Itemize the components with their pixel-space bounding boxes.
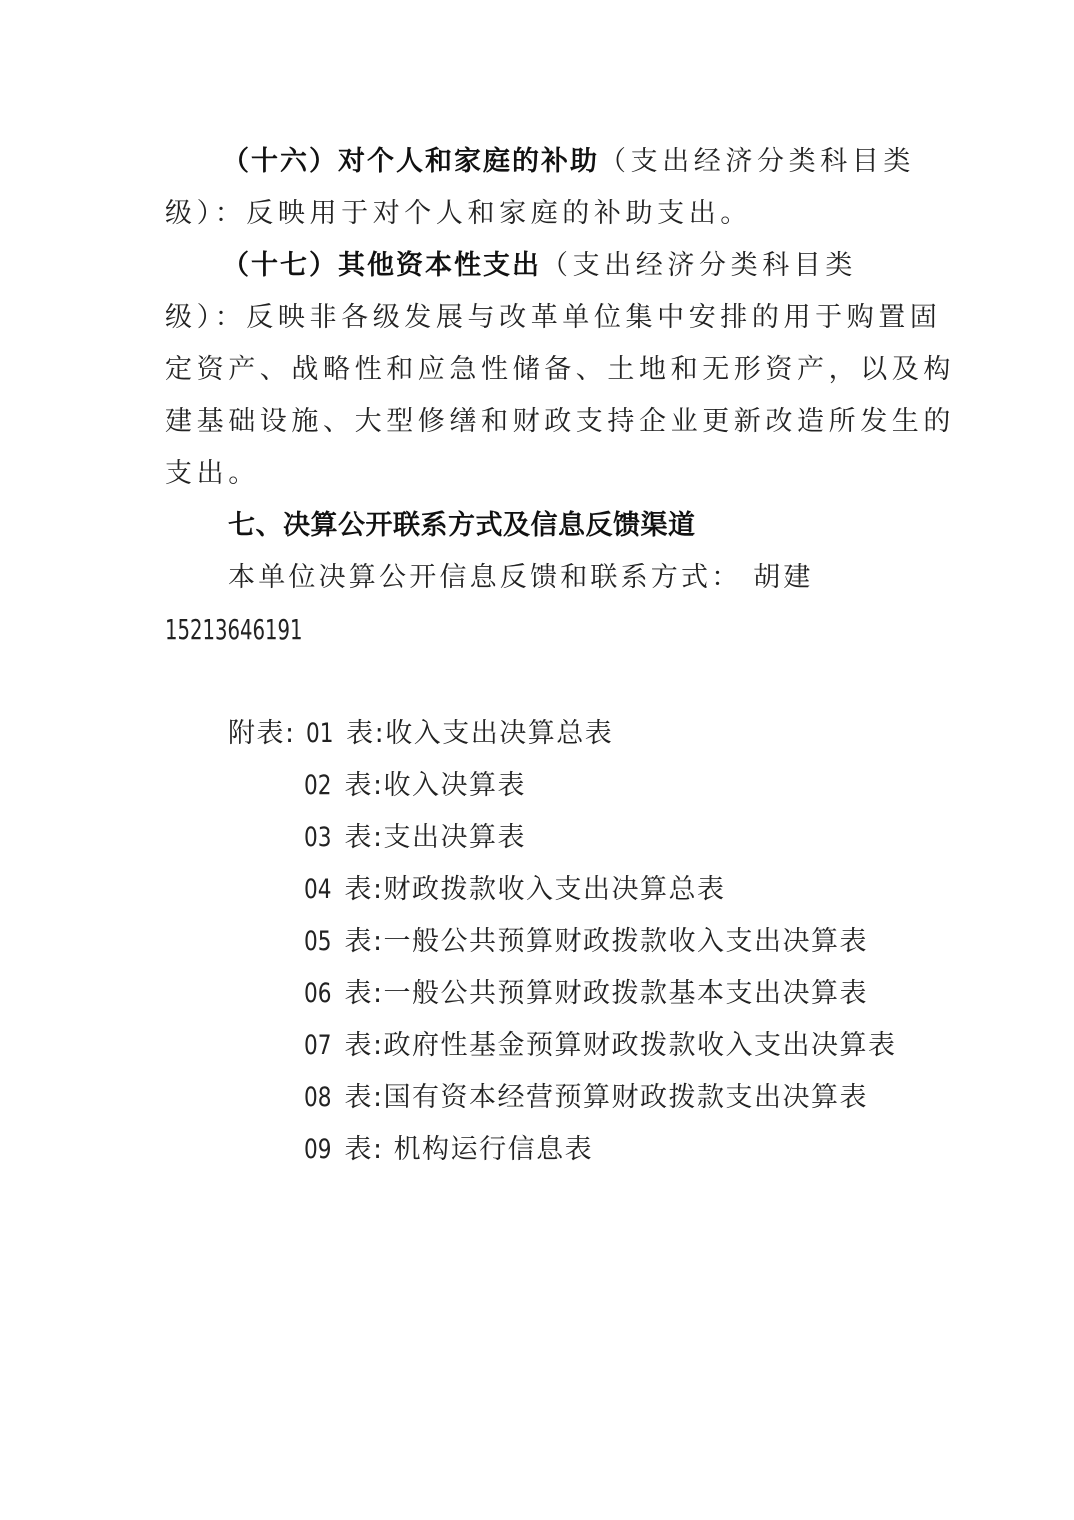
contact-line: 本单位决算公开信息反馈和联系方式： 胡建 bbox=[228, 558, 814, 598]
appendix-item-text: 表:收入决算表 bbox=[334, 770, 526, 801]
section-17-body-line: 定资产、战略性和应急性储备、土地和无形资产，以及构 bbox=[165, 350, 955, 390]
appendix-item-number: 09 bbox=[304, 1130, 331, 1170]
appendix-item-06: 06 表:一般公共预算财政拨款基本支出决算表 bbox=[304, 974, 868, 1014]
appendix-item-number: 03 bbox=[304, 818, 331, 858]
section-17-title-rest: （支出经济分类科目类 bbox=[541, 250, 857, 281]
appendix-item-text: 表:一般公共预算财政拨款收入支出决算表 bbox=[334, 926, 868, 957]
section-17-title: （十七）其他资本性支出（支出经济分类科目类 bbox=[222, 246, 857, 286]
appendix-item-text: 表:支出决算表 bbox=[334, 822, 526, 853]
section-7-heading: 七、决算公开联系方式及信息反馈渠道 bbox=[228, 506, 696, 546]
appendix-item-number: 06 bbox=[304, 974, 331, 1014]
appendix-item-03: 03 表:支出决算表 bbox=[304, 818, 526, 858]
section-16-title: （十六）对个人和家庭的补助（支出经济分类科目类 bbox=[222, 142, 915, 182]
document-page: （十六）对个人和家庭的补助（支出经济分类科目类 级）：反映用于对个人和家庭的补助… bbox=[0, 0, 1074, 1520]
appendix-item-text: 表:国有资本经营预算财政拨款支出决算表 bbox=[334, 1082, 868, 1113]
appendix-item-number: 08 bbox=[304, 1078, 331, 1118]
section-16-title-rest: （支出经济分类科目类 bbox=[599, 146, 915, 177]
appendix-item-number: 01 bbox=[306, 714, 333, 754]
section-16-body-line: 级）：反映用于对个人和家庭的补助支出。 bbox=[165, 194, 752, 234]
contact-phone: 15213646191 bbox=[165, 610, 302, 650]
appendix-item-02: 02 表:收入决算表 bbox=[304, 766, 526, 806]
appendix-item-text: 表:政府性基金预算财政拨款收入支出决算表 bbox=[334, 1030, 896, 1061]
appendix-item-05: 05 表:一般公共预算财政拨款收入支出决算表 bbox=[304, 922, 868, 962]
appendix-item-number: 04 bbox=[304, 870, 331, 910]
appendix-item-08: 08 表:国有资本经营预算财政拨款支出决算表 bbox=[304, 1078, 868, 1118]
appendix-item-number: 05 bbox=[304, 922, 331, 962]
appendix-item-text: 表:财政拨款收入支出决算总表 bbox=[334, 874, 725, 905]
appendix-label: 附表: bbox=[228, 718, 296, 749]
appendix-item-01: 附表: 01 表:收入支出决算总表 bbox=[228, 714, 613, 754]
appendix-item-number: 02 bbox=[304, 766, 331, 806]
section-16-title-bold: （十六）对个人和家庭的补助 bbox=[222, 146, 599, 177]
appendix-item-text: 表: 机构运行信息表 bbox=[334, 1134, 593, 1165]
appendix-item-09: 09 表: 机构运行信息表 bbox=[304, 1130, 593, 1170]
appendix-item-text: 表:一般公共预算财政拨款基本支出决算表 bbox=[334, 978, 868, 1009]
appendix-item-07: 07 表:政府性基金预算财政拨款收入支出决算表 bbox=[304, 1026, 897, 1066]
section-17-body-line: 支出。 bbox=[165, 454, 260, 494]
section-17-title-bold: （十七）其他资本性支出 bbox=[222, 250, 541, 281]
section-17-body-line: 建基础设施、大型修缮和财政支持企业更新改造所发生的 bbox=[165, 402, 955, 442]
appendix-item-04: 04 表:财政拨款收入支出决算总表 bbox=[304, 870, 726, 910]
section-17-body-line: 级）：反映非各级发展与改革单位集中安排的用于购置固 bbox=[165, 298, 942, 338]
appendix-item-text: 表:收入支出决算总表 bbox=[336, 718, 613, 749]
appendix-item-number: 07 bbox=[304, 1026, 331, 1066]
